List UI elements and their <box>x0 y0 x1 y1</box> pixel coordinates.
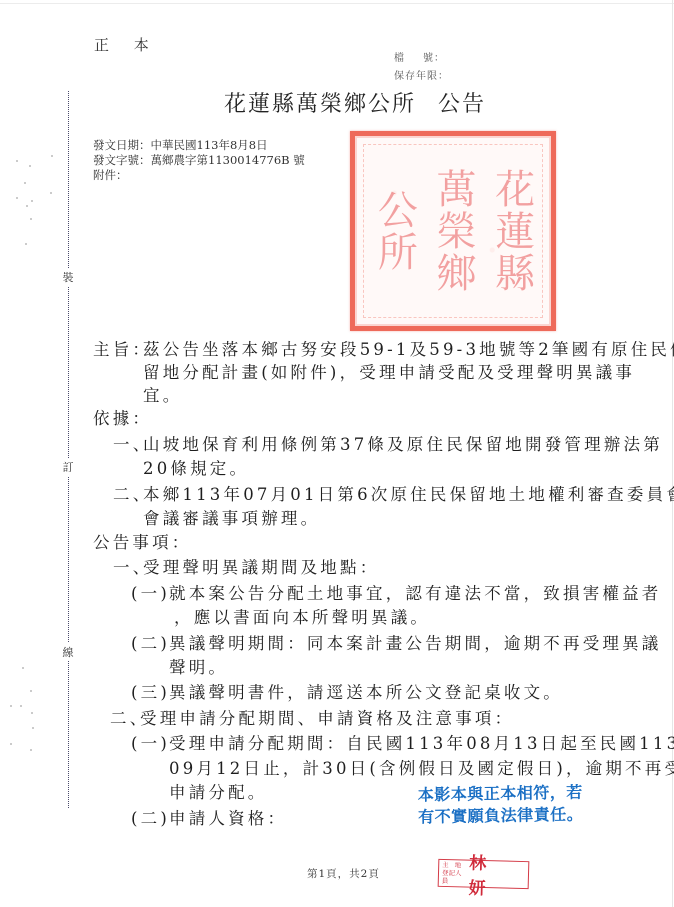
subitem-line: 異議聲明期間：同本案計畫公告期間，逾期不再受理異議 <box>169 630 662 654</box>
certified-copy-line: 有不實願負法律責任。 <box>418 804 583 829</box>
subitem-line: 09月12日止，計30日(含例假日及國定假日)，逾期不再受 <box>169 755 674 779</box>
scan-speck <box>16 160 18 162</box>
subitem-line: ，應以書面向本所聲明異議。 <box>174 604 430 628</box>
subitem-line: 申請分配。 <box>169 779 268 803</box>
scan-speck <box>24 182 26 184</box>
binding-mark-ding: 訂 <box>61 458 75 476</box>
basis-line: 山坡地保育利用條例第37條及原住民保留地開發管理辦法第 <box>143 431 663 455</box>
binding-mark-zhuang: 裝 <box>61 268 75 286</box>
subitem-line: 就本案公告分配土地事宜，認有違法不當，致損害權益者 <box>169 580 662 604</box>
scan-speck <box>30 749 32 751</box>
document-page: 正 本 檔號： 保存年限： 花蓮縣萬榮鄉公所公告 裝 訂 線 發文日期：中華民國… <box>0 0 674 907</box>
subitem-line: 受理申請分配期間：自民國113年08月13日起至民國113年 <box>169 730 674 754</box>
registrar-name: 林 妍 <box>468 849 528 901</box>
scan-speck <box>10 743 12 745</box>
official-seal: 花蓮縣 萬榮鄉 公所 <box>350 131 556 331</box>
issue-date: 發文日期：中華民國113年8月8日 <box>93 138 305 153</box>
scan-speck <box>31 712 33 714</box>
archive-number-label: 檔號： <box>394 49 445 64</box>
seal-column: 花蓮縣 <box>488 146 536 316</box>
issue-info: 發文日期：中華民國113年8月8日 發文字號：萬鄉農字第1130014776B … <box>93 138 305 183</box>
scan-speck <box>30 218 32 220</box>
matter-heading: 受理聲明異議期間及地點： <box>143 554 379 578</box>
scan-speck <box>32 727 34 729</box>
binding-mark-xian: 線 <box>61 643 75 661</box>
scan-speck <box>25 243 27 245</box>
basis-line: 20條規定。 <box>143 455 249 479</box>
scan-speck <box>20 705 22 707</box>
basis-line: 會議審議事項辦理。 <box>143 505 320 529</box>
scan-speck <box>10 705 12 707</box>
page-title: 花蓮縣萬榮鄉公所公告 <box>224 87 486 118</box>
subitem-marker: (二) <box>131 630 170 654</box>
subject-line: 宜。 <box>143 382 182 406</box>
subitem-line: 申請人資格： <box>169 805 287 829</box>
scan-speck <box>30 690 32 692</box>
subitem-marker: (三) <box>131 679 170 703</box>
original-copy-mark: 正 本 <box>94 34 159 55</box>
page-indicator: 第1頁，共2頁 <box>307 866 380 881</box>
subitem-line: 聲明。 <box>169 654 228 678</box>
scan-speck <box>50 192 52 194</box>
seal-column: 公所 <box>370 146 418 316</box>
registrar-title: 主地 登記人員 <box>442 861 467 886</box>
scan-speck <box>31 200 33 202</box>
subitem-line: 異議聲明書件，請逕送本所公文登記桌收文。 <box>169 679 563 703</box>
registrar-stamp: 主地 登記人員 林 妍 <box>438 859 530 889</box>
scan-top-edge <box>0 3 674 4</box>
scan-speck <box>29 165 31 167</box>
title-type: 公告 <box>438 92 486 117</box>
matter-heading: 受理申請分配期間、申請資格及注意事項： <box>140 705 514 729</box>
subitem-marker: (二) <box>131 805 170 829</box>
attachment-label: 附件： <box>93 168 305 183</box>
certified-copy-line: 本影本與正本相符，若 <box>418 782 583 807</box>
subitem-marker: (一) <box>131 730 170 754</box>
seal-text: 花蓮縣 萬榮鄉 公所 <box>365 146 541 316</box>
subject-line: 茲公告坐落本鄉古努安段59-1及59-3地號等2筆國有原住民保 <box>143 336 674 360</box>
scan-speck <box>51 155 53 157</box>
subitem-marker: (一) <box>131 580 170 604</box>
matters-label: 公告事項： <box>93 529 192 553</box>
title-organization: 花蓮縣萬榮鄉公所 <box>224 92 416 117</box>
retention-period-label: 保存年限： <box>394 67 449 82</box>
issue-number: 發文字號：萬鄉農字第1130014776B 號 <box>93 153 305 168</box>
binding-line <box>68 91 69 808</box>
certified-copy-stamp: 本影本與正本相符，若 有不實願負法律責任。 <box>418 782 584 829</box>
scan-speck <box>16 197 18 199</box>
scan-speck <box>26 205 28 207</box>
seal-column: 萬榮鄉 <box>429 146 477 316</box>
subject-line: 留地分配計畫(如附件)，受理申請受配及受理聲明異議事 <box>143 359 635 383</box>
basis-line: 本鄉113年07月01日第6次原住民保留地土地權利審查委員會 <box>143 481 674 505</box>
basis-label: 依據： <box>93 405 152 429</box>
scan-speck <box>22 667 24 669</box>
